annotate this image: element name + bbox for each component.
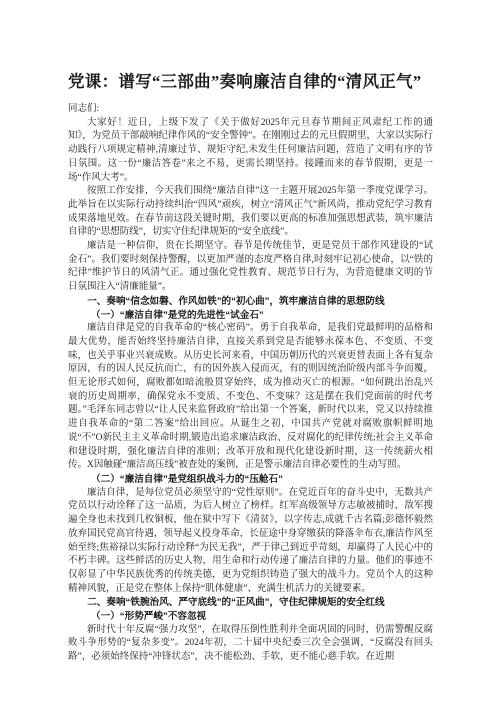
salutation: 同志们: (68, 103, 433, 117)
section-heading-1: 一、奏响“信念如磐、作风如铁”的“初心曲”，筑牢廉洁自律的思想防线 (68, 295, 433, 309)
paragraph-anticorruption: 新时代十年反腐“强力攻坚”，在取得压倒性胜利并全面巩固的同时，仍需警醒反腐败斗争… (68, 624, 433, 665)
paragraph-self-revolution: 廉洁自律是党的自我革命的“核心密码”。勇于自我革命，是我们党最鲜明的品格和最大优… (68, 322, 433, 473)
section-heading-2: 二、奏响“铁腕治风、严守底线”的“正风曲”，守住纪律规矩的安全红线 (68, 596, 433, 610)
subsection-heading-2-1: （一）“形势严峻”不容忽视 (68, 610, 433, 624)
subsection-heading-1-2: （二）“廉洁自律”是党组织战斗力的“压舱石” (68, 473, 433, 487)
paragraph-intro: 大家好！近日，上级下发了《关于做好2025年元旦春节期间正风肃纪工作的通知》，为… (68, 117, 433, 186)
paragraph-role-models: 廉洁自律，是每位党员必须坚守的“党性原则”。在党近百年的奋斗史中，无数共产党员以… (68, 487, 433, 597)
document-page: 党课：谱写“三部曲”奏响廉洁自律的“清风正气” 同志们: 大家好！近日，上级下发… (0, 0, 500, 707)
paragraph-arrangement: 按照工作安排，今天我们围绕“廉洁自律”这一主题开展2025年第一季度党课学习。此… (68, 185, 433, 240)
subsection-heading-1-1: （一）“廉洁自律”是党的先进性“试金石” (68, 309, 433, 323)
paragraph-belief: 廉洁是一种信仰，贵在长期坚守。春节是传统佳节，更是党员干部作风建设的“试金石”。… (68, 240, 433, 295)
document-title: 党课：谱写“三部曲”奏响廉洁自律的“清风正气” (68, 71, 433, 93)
